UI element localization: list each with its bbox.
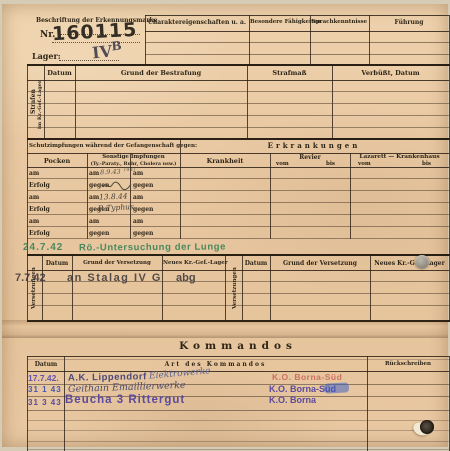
cell-label-gegen: gegen — [133, 230, 153, 237]
hole-punch — [415, 255, 429, 269]
divider — [145, 15, 449, 16]
xray-stamp-date: 24.7.42 — [23, 242, 63, 253]
punishments-side-label-2: im Kr.-Gef.-Lager — [37, 80, 43, 129]
transfers-side-label: Versetzungen — [232, 267, 238, 309]
punishments-side-label-1: Strafen — [30, 89, 37, 114]
punishments-col-reason: Grund der Bestrafung — [76, 69, 246, 77]
kommandos-col-replies: Rückschreiben — [368, 361, 448, 367]
illness-col-sickbay: Revier — [271, 154, 349, 161]
row-label-am: am — [29, 218, 39, 225]
illnesses-title: Erkrankungen — [180, 141, 448, 150]
traits-col-character: Charaktereigenschaften u. a. — [146, 19, 248, 26]
table-grid — [145, 31, 449, 55]
traits-col-languages: Sprachkenntnisse — [311, 19, 368, 25]
row-label-am: am — [29, 170, 39, 177]
transfers-col-newcamp: Neues Kr.-Gef.-Lager — [371, 260, 448, 267]
vacc-entry2-date-handwritten: 13.8.44 — [99, 192, 128, 202]
signature-scribble-icon — [102, 181, 132, 190]
sickbay-from-label: vom — [276, 161, 289, 167]
cell-label-am: am — [89, 194, 99, 201]
vacc-col-other-1: Sonstige Impfungen — [88, 154, 179, 160]
table-grid — [27, 80, 449, 128]
ink-smudge — [324, 382, 349, 393]
vacc-entry1-date-handwritten: 8.9.43 — [100, 168, 121, 177]
cell-label-am: am — [89, 170, 99, 177]
hospital-to-label: bis — [422, 161, 431, 167]
kommandos-title: Kommandos — [27, 340, 449, 352]
section-border — [27, 254, 450, 256]
card-fold-shadow — [2, 320, 448, 338]
divider — [27, 441, 449, 442]
cell-label-gegen: gegen — [89, 230, 109, 237]
camp-roman-stamp-b: B — [111, 38, 123, 53]
transfer-entry-date-stamp: 7.7.42 — [15, 272, 46, 284]
transfer-entry-text-stamp: an Stalag IV G — [67, 272, 162, 284]
transfers-col-date: Datum — [243, 260, 269, 267]
divider — [27, 420, 449, 421]
transfers-col-date: Datum — [43, 260, 71, 267]
divider — [367, 356, 368, 450]
divider — [27, 410, 449, 411]
kommandos-col-date: Datum — [28, 361, 64, 368]
row-label-erfolg: Erfolg — [29, 206, 50, 213]
traits-col-abilities: Besondere Fähigkeiten — [250, 19, 309, 25]
row-label-erfolg: Erfolg — [29, 230, 50, 237]
kommando-row3-ko-stamp: K.O. Borna — [269, 395, 316, 405]
transfers-col-reason: Grund der Versetzung — [271, 260, 369, 267]
vacc-entry2-against-handwritten: P. Typhus — [98, 202, 134, 213]
kommando-row3-date-stamp: 31 3 43 — [28, 398, 62, 407]
hospital-from-label: vom — [358, 161, 371, 167]
kommando-row1-ko-stamp: K.O. Borna-Süd — [272, 372, 342, 382]
cell-label-gegen: gegen — [133, 206, 153, 213]
cell-label-am: am — [89, 218, 99, 225]
transfer-entry-suffix-stamp: abg — [176, 272, 196, 284]
transfers-col-newcamp: Neues Kr.-Gef.-Lager — [163, 260, 224, 266]
punishments-col-measure: Strafmaß — [248, 69, 331, 77]
cell-label-am: am — [133, 218, 143, 225]
kommando-row2-date-stamp: 31 1 43 — [28, 385, 62, 394]
punishments-col-served: Verbüßt, Datum — [333, 69, 448, 77]
vacc-col-smallpox: Pocken — [28, 157, 86, 165]
vacc-entry1-note-handwritten: (44) — [124, 167, 135, 173]
transfers-col-reason: Grund der Versetzung — [73, 260, 161, 266]
sickbay-to-label: bis — [326, 161, 335, 167]
illness-col-disease: Krankheit — [181, 157, 269, 165]
divider — [27, 359, 449, 360]
hole-punch — [420, 420, 434, 434]
cell-label-gegen: gegen — [133, 182, 153, 189]
camp-label: Lager: — [32, 51, 61, 61]
divider — [27, 430, 449, 431]
kommandos-col-type: Art des Kommandos — [65, 361, 366, 368]
kommando-row1-date-stamp: 17.7.42. — [28, 373, 59, 383]
section-border — [27, 64, 450, 66]
row-label-am: am — [29, 194, 39, 201]
xray-stamp-text: Rö.-Untersuchung der Lunge — [79, 241, 226, 253]
illness-col-hospital: Lazarett — Krankenhaus — [351, 154, 448, 160]
pow-record-card: Beschriftung der Erkennungsmarke Nr. 160… — [2, 4, 448, 447]
punishments-col-date: Datum — [45, 69, 74, 77]
camp-roman-stamp: IVB — [91, 38, 123, 62]
dotted-rule — [59, 60, 119, 61]
cell-label-am: am — [133, 194, 143, 201]
traits-col-conduct: Führung — [370, 19, 448, 26]
kommando-row3-unit-stamp: Beucha 3 Rittergut — [65, 394, 185, 406]
row-label-erfolg: Erfolg — [29, 182, 50, 189]
divider — [27, 356, 449, 357]
section-border — [27, 138, 450, 140]
vaccinations-title: Schutzimpfungen während der Gefangenscha… — [29, 143, 179, 149]
